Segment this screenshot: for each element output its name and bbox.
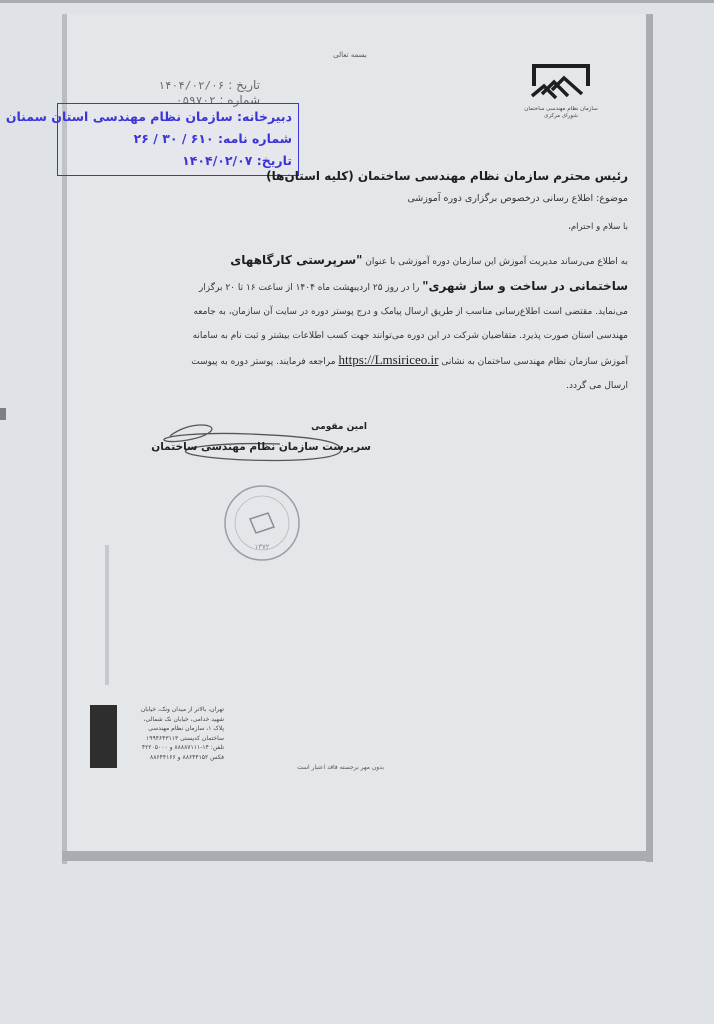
footer-validity-note: بدون مهر برجسته فاقد اعتبار است [288,764,384,771]
recipient: رئیس محترم سازمان نظام مهندسی ساختمان (ک… [266,169,628,183]
signer-title: سرپرست سازمان نظام مهندسی ساختمان [151,441,371,453]
page-shadow-bottom [62,851,652,861]
registration-link[interactable]: https://Lmsiriceo.ir [338,352,438,367]
page-shadow-right [646,14,653,862]
subject: موضوع: اطلاع رسانی درخصوص برگزاری دوره آ… [407,193,628,204]
logo-caption: سازمان نظام مهندسی ساختمان شورای مرکزی [522,106,600,120]
scan-edge [0,0,714,3]
footer-dark-block [90,705,117,768]
greeting: با سلام و احترام، [568,222,628,232]
svg-text:۱۳۷۲: ۱۳۷۲ [254,543,269,551]
vertical-margin-text [104,545,110,685]
letter-body: به اطلاع می‌رساند مدیریت آموزش این سازما… [173,248,628,398]
scan-artifact [0,408,6,420]
secretariat-line: دبیرخانه: سازمان نظام مهندسی استان سمنان [58,106,292,128]
signer-name: امین مقومی [311,422,367,432]
engineering-organization-logo-icon [530,64,592,104]
organization-seal-icon: ۱۳۷۲ [222,483,302,563]
basmala: بسمه تعالی [320,51,380,59]
original-date: تاریخ : ۱۴۰۴/۰۲/۰۶ [100,78,260,93]
registration-stamp: دبیرخانه: سازمان نظام مهندسی استان سمنان… [57,103,299,176]
letter-number-line: شماره نامه: ۶۱۰ / ۳۰ / ۲۶ [58,128,292,150]
footer-address: تهران، بالاتر از میدان ونک، خیابان شهید … [122,705,224,763]
registration-date-line: تاریخ: ۱۴۰۴/۰۲/۰۷ [58,150,292,172]
